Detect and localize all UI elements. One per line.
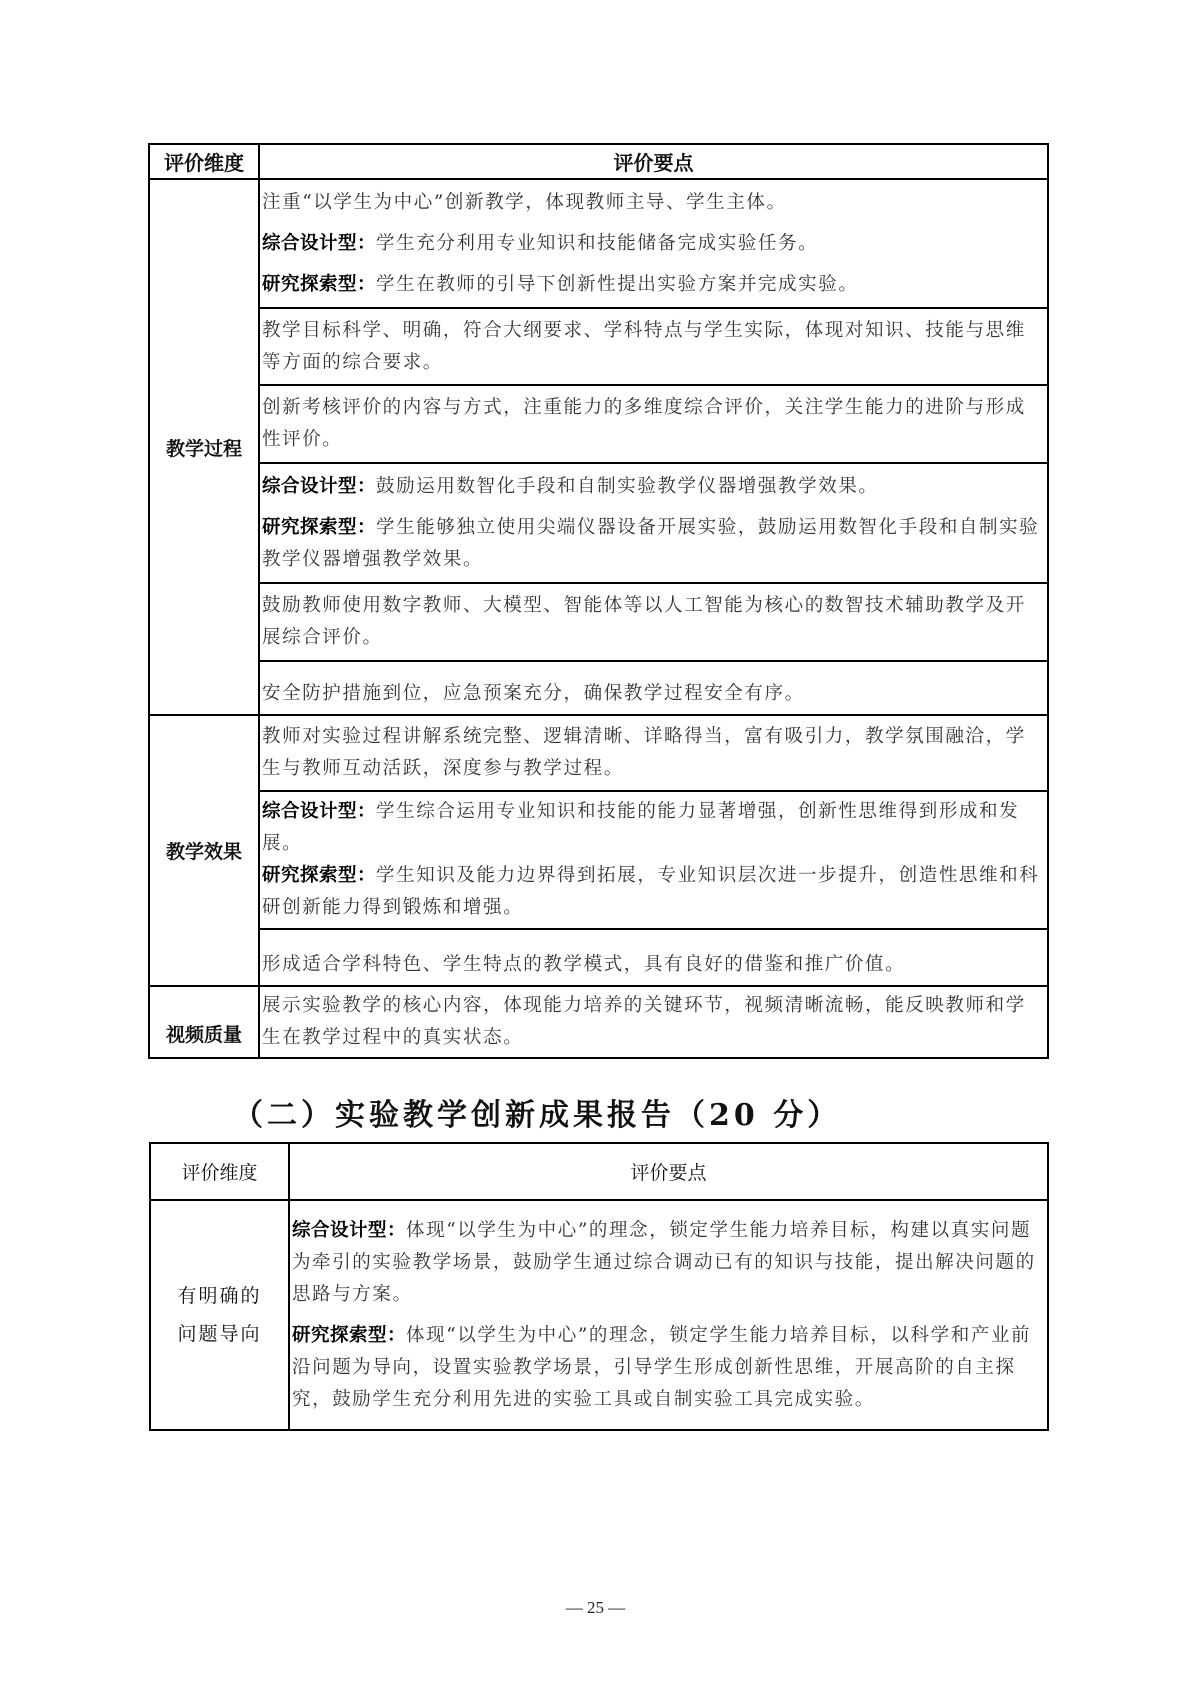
header-dimension: 评价维度	[149, 144, 259, 179]
criteria-cell: 注重“以学生为中心”创新教学，体现教师主导、学生主体。 综合设计型：学生充分利用…	[259, 179, 1048, 308]
header-points: 评价要点	[259, 144, 1048, 179]
criteria-line: 研究探索型：体现“以学生为中心”的理念，锁定学生能力培养目标，以科学和产业前沿问…	[292, 1320, 1045, 1416]
page-number: — 25 —	[0, 1598, 1191, 1618]
criteria-line: 展示实验教学的核心内容，体现能力培养的关键环节，视频清晰流畅，能反映教师和学生在…	[262, 990, 1045, 1054]
section-heading: （二）实验教学创新成果报告（20 分）	[233, 1090, 841, 1134]
type-label: 研究探索型：	[262, 274, 376, 295]
criteria-line: 教师对实验过程讲解系统完整、逻辑清晰、详略得当，富有吸引力，教学氛围融洽，学生与…	[262, 721, 1045, 785]
table-row: 教学效果 教师对实验过程讲解系统完整、逻辑清晰、详略得当，富有吸引力，教学氛围融…	[149, 715, 1048, 791]
criteria-line: 研究探索型：学生知识及能力边界得到拓展，专业知识层次进一步提升，创造性思维和科研…	[262, 860, 1045, 924]
criteria-line: 综合设计型：体现“以学生为中心”的理念，锁定学生能力培养目标，构建以真实问题为牵…	[292, 1215, 1045, 1311]
criteria-line: 研究探索型：学生能够独立使用尖端仪器设备开展实验，鼓励运用数智化手段和自制实验教…	[262, 512, 1045, 576]
criteria-cell: 教学目标科学、明确，符合大纲要求、学科特点与学生实际，体现对知识、技能与思维等方…	[259, 308, 1048, 385]
criteria-line: 教学目标科学、明确，符合大纲要求、学科特点与学生实际，体现对知识、技能与思维等方…	[262, 315, 1045, 379]
table-row: 安全防护措施到位，应急预案充分，确保教学过程安全有序。	[149, 661, 1048, 715]
criteria-line: 鼓励教师使用数字教师、大模型、智能体等以人工智能为核心的数智技术辅助教学及开展综…	[262, 590, 1045, 654]
header-points: 评价要点	[289, 1143, 1048, 1200]
header-dimension: 评价维度	[150, 1143, 289, 1200]
table-row: 形成适合学科特色、学生特点的教学模式，具有良好的借鉴和推广价值。	[149, 929, 1048, 986]
table-row: 创新考核评价的内容与方式，注重能力的多维度综合评价，关注学生能力的进阶与形成性评…	[149, 385, 1048, 463]
criteria-cell: 形成适合学科特色、学生特点的教学模式，具有良好的借鉴和推广价值。	[259, 929, 1048, 986]
table-row: 教学目标科学、明确，符合大纲要求、学科特点与学生实际，体现对知识、技能与思维等方…	[149, 308, 1048, 385]
criteria-cell: 创新考核评价的内容与方式，注重能力的多维度综合评价，关注学生能力的进阶与形成性评…	[259, 385, 1048, 463]
type-label: 综合设计型：	[292, 1220, 406, 1241]
table-row: 综合设计型：学生综合运用专业知识和技能的能力显著增强，创新性思维得到形成和发展。…	[149, 791, 1048, 929]
type-label: 综合设计型：	[262, 476, 376, 497]
criteria-cell: 安全防护措施到位，应急预案充分，确保教学过程安全有序。	[259, 661, 1048, 715]
type-label: 综合设计型：	[262, 801, 376, 822]
criteria-cell: 综合设计型：体现“以学生为中心”的理念，锁定学生能力培养目标，构建以真实问题为牵…	[289, 1200, 1048, 1430]
criteria-line: 综合设计型：鼓励运用数智化手段和自制实验教学仪器增强教学效果。	[262, 471, 1045, 503]
type-label: 研究探索型：	[262, 865, 376, 886]
dimension-teaching-effect: 教学效果	[149, 715, 259, 986]
criteria-line: 创新考核评价的内容与方式，注重能力的多维度综合评价，关注学生能力的进阶与形成性评…	[262, 392, 1045, 456]
table-row: 鼓励教师使用数字教师、大模型、智能体等以人工智能为核心的数智技术辅助教学及开展综…	[149, 583, 1048, 661]
criteria-cell: 综合设计型：学生综合运用专业知识和技能的能力显著增强，创新性思维得到形成和发展。…	[259, 791, 1048, 929]
table-header-row: 评价维度 评价要点	[150, 1143, 1048, 1200]
table-row: 有明确的 问题导向 综合设计型：体现“以学生为中心”的理念，锁定学生能力培养目标…	[150, 1200, 1048, 1430]
criteria-cell: 教师对实验过程讲解系统完整、逻辑清晰、详略得当，富有吸引力，教学氛围融洽，学生与…	[259, 715, 1048, 791]
dimension-problem-oriented: 有明确的 问题导向	[150, 1200, 289, 1430]
type-label: 综合设计型：	[262, 233, 376, 254]
criteria-cell: 综合设计型：鼓励运用数智化手段和自制实验教学仪器增强教学效果。 研究探索型：学生…	[259, 463, 1048, 583]
evaluation-table-report: 评价维度 评价要点 有明确的 问题导向 综合设计型：体现“以学生为中心”的理念，…	[149, 1142, 1049, 1431]
dimension-video-quality: 视频质量	[149, 986, 259, 1058]
table-row: 综合设计型：鼓励运用数智化手段和自制实验教学仪器增强教学效果。 研究探索型：学生…	[149, 463, 1048, 583]
table-row: 教学过程 注重“以学生为中心”创新教学，体现教师主导、学生主体。 综合设计型：学…	[149, 179, 1048, 308]
evaluation-table-teaching: 评价维度 评价要点 教学过程 注重“以学生为中心”创新教学，体现教师主导、学生主…	[148, 143, 1049, 1059]
table-row: 视频质量 展示实验教学的核心内容，体现能力培养的关键环节，视频清晰流畅，能反映教…	[149, 986, 1048, 1058]
criteria-line: 综合设计型：学生综合运用专业知识和技能的能力显著增强，创新性思维得到形成和发展。	[262, 796, 1045, 860]
criteria-line: 安全防护措施到位，应急预案充分，确保教学过程安全有序。	[262, 678, 1045, 710]
type-label: 研究探索型：	[262, 517, 376, 538]
criteria-line: 形成适合学科特色、学生特点的教学模式，具有良好的借鉴和推广价值。	[262, 949, 1045, 981]
criteria-line: 注重“以学生为中心”创新教学，体现教师主导、学生主体。	[262, 187, 1045, 219]
criteria-line: 综合设计型：学生充分利用专业知识和技能储备完成实验任务。	[262, 228, 1045, 260]
type-label: 研究探索型：	[292, 1325, 406, 1346]
criteria-line: 研究探索型：学生在教师的引导下创新性提出实验方案并完成实验。	[262, 269, 1045, 301]
criteria-cell: 展示实验教学的核心内容，体现能力培养的关键环节，视频清晰流畅，能反映教师和学生在…	[259, 986, 1048, 1058]
table-header-row: 评价维度 评价要点	[149, 144, 1048, 179]
criteria-cell: 鼓励教师使用数字教师、大模型、智能体等以人工智能为核心的数智技术辅助教学及开展综…	[259, 583, 1048, 661]
dimension-teaching-process: 教学过程	[149, 179, 259, 715]
